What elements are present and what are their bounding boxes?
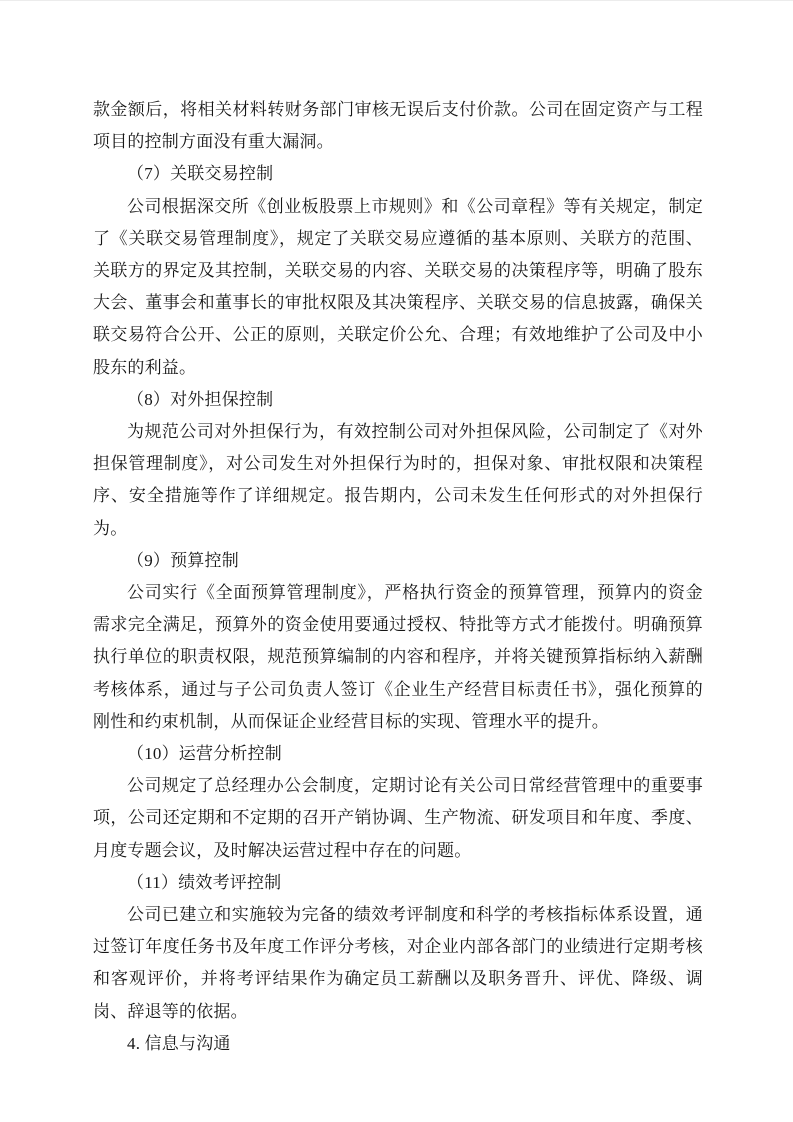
body-paragraph: 公司根据深交所《创业板股票上市规则》和《公司章程》等有关规定，制定了《关联交易管…: [93, 191, 703, 384]
body-paragraph: 款金额后，将相关材料转财务部门审核无误后支付价款。公司在固定资产与工程项目的控制…: [93, 94, 703, 158]
section-heading: （7）关联交易控制: [93, 158, 703, 190]
body-paragraph: 公司实行《全面预算管理制度》，严格执行资金的预算管理，预算内的资金需求完全满足，…: [93, 577, 703, 738]
section-heading: （9）预算控制: [93, 545, 703, 577]
section-heading: （8）对外担保控制: [93, 384, 703, 416]
body-paragraph: 公司规定了总经理办公会制度，定期讨论有关公司日常经营管理中的重要事项，公司还定期…: [93, 770, 703, 867]
document-page: 款金额后，将相关材料转财务部门审核无误后支付价款。公司在固定资产与工程项目的控制…: [0, 0, 793, 1122]
section-heading: （11）绩效考评控制: [93, 867, 703, 899]
text-block: 款金额后，将相关材料转财务部门审核无误后支付价款。公司在固定资产与工程项目的控制…: [93, 94, 703, 1060]
body-paragraph: 为规范公司对外担保行为，有效控制公司对外担保风险，公司制定了《对外担保管理制度》…: [93, 416, 703, 545]
section-heading: 4. 信息与沟通: [93, 1028, 703, 1060]
body-paragraph: 公司已建立和实施较为完备的绩效考评制度和科学的考核指标体系设置，通过签订年度任务…: [93, 899, 703, 1028]
section-heading: （10）运营分析控制: [93, 738, 703, 770]
